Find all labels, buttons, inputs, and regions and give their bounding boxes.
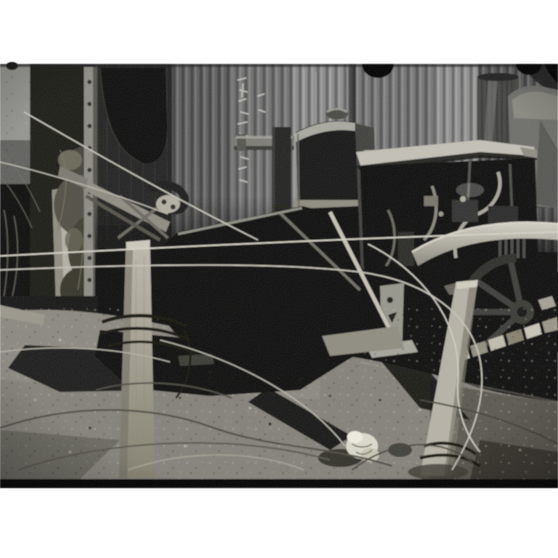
vignette-overlay [0,64,558,488]
page: Black-and-white archival photograph of a… [0,0,558,558]
photo-canvas: Black-and-white archival photograph of a… [0,0,558,558]
photograph: Black-and-white archival photograph of a… [0,0,558,558]
